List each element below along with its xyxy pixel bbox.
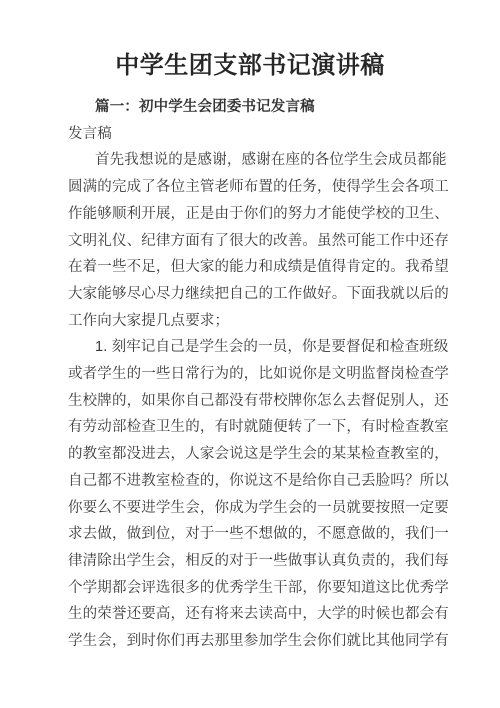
paragraph-line: 工作向大家提几点要求； [68,308,432,335]
paragraph-line: 自己都不进教室检查的，你说这不是给你自己丢脸吗？所以 [68,468,432,495]
paragraph-line: 大家能够尽心尽力继续把自己的工作做好。下面我就以后的 [68,281,432,308]
document-body: 首先我想说的是感谢，感谢在座的各位学生会成员都能圆满的完成了各位主管老师布置的任… [68,147,432,654]
paragraph-line: 作能够顺利开展，正是由于你们的努力才能使学校的卫生、 [68,201,432,228]
paragraph-line: 的教室都没进去，人家会说这是学生会的某某检查教室的， [68,441,432,468]
paragraph: 1. 刻牢记自己是学生会的一员，你是要督促和检查班级或者学生的一些日常行为的，比… [68,334,432,654]
document-title: 中学生团支部书记演讲稿 [68,50,432,82]
paragraph-line: 生的荣誉还要高，还有将来去读高中，大学的时候也都会有 [68,601,432,628]
paragraph-line: 求去做，做到位，对于一些不想做的，不愿意做的，我们一 [68,521,432,548]
paragraph-line: 圆满的完成了各位主管老师布置的任务，使得学生会各项工 [68,174,432,201]
paragraph-line: 有劳动部检查卫生的，有时就随便转了一下，有时检查教室 [68,414,432,441]
paragraph-line: 1. 刻牢记自己是学生会的一员，你是要督促和检查班级 [68,334,432,361]
document-page: 中学生团支部书记演讲稿 篇一：初中学生会团委书记发言稿 发言稿 首先我想说的是感… [0,0,500,708]
paragraph-line: 律清除出学生会，相反的对于一些做事认真负责的，我们每 [68,548,432,575]
paragraph-line: 在着一些不足，但大家的能力和成绩是值得肯定的。我希望 [68,254,432,281]
section-heading: 篇一：初中学生会团委书记发言稿 [68,94,432,121]
paragraph-line: 首先我想说的是感谢，感谢在座的各位学生会成员都能 [68,147,432,174]
paragraph-line: 个学期都会评选很多的优秀学生干部，你要知道这比优秀学 [68,575,432,602]
paragraph-line: 你要么不要进学生会，你成为学生会的一员就要按照一定要 [68,495,432,522]
paragraph-line: 或者学生的一些日常行为的，比如说你是文明监督岗检查学 [68,361,432,388]
paragraph: 首先我想说的是感谢，感谢在座的各位学生会成员都能圆满的完成了各位主管老师布置的任… [68,147,432,334]
paragraph-line: 生校牌的，如果你自己都没有带校牌你怎么去督促别人，还 [68,388,432,415]
paragraph-line: 文明礼仪、纪律方面有了很大的改善。虽然可能工作中还存 [68,228,432,255]
paragraph-line: 学生会，到时你们再去那里参加学生会你们就比其他同学有 [68,628,432,655]
doc-type-label: 发言稿 [68,121,432,148]
